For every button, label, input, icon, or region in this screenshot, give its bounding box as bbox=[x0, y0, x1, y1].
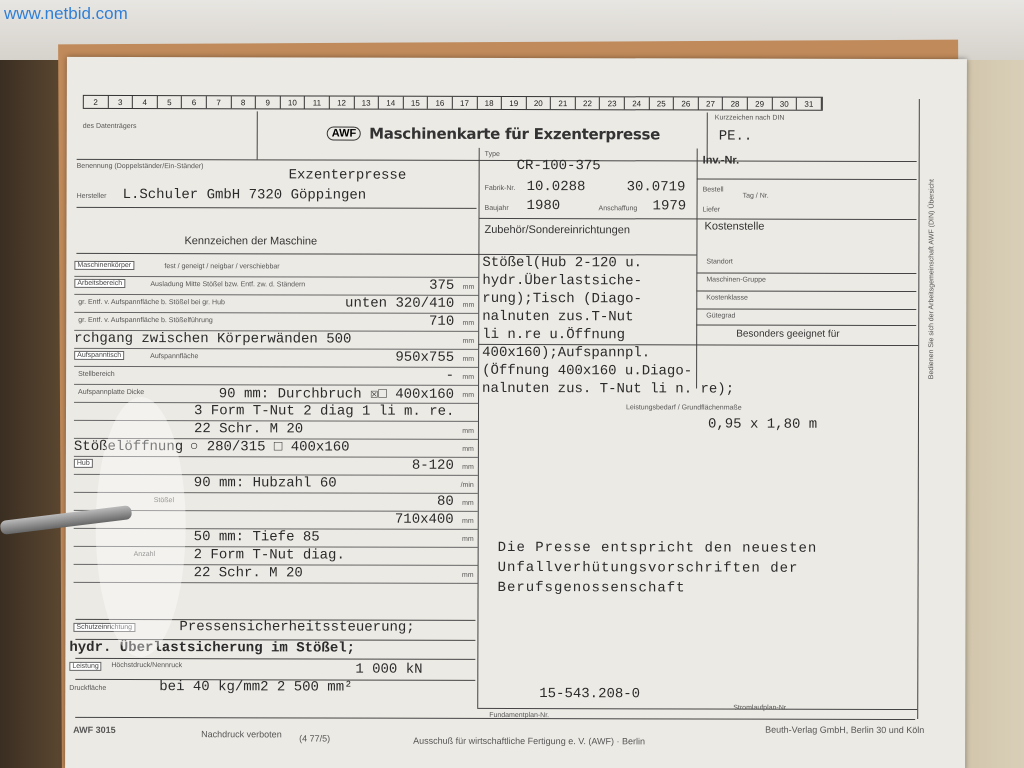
kennzeichen-header: Kennzeichen der Maschine bbox=[184, 235, 317, 247]
area-label: Druckfläche bbox=[69, 685, 106, 692]
short-code-label: Kurzzeichen nach DIN bbox=[715, 115, 785, 122]
spec-label: Arbeitsbereich bbox=[74, 279, 125, 288]
pressure-label: Leistung bbox=[69, 662, 101, 671]
spec-value: 90 mm: Hubzahl 60 bbox=[194, 475, 337, 491]
column-number: 28 bbox=[723, 98, 748, 110]
baujahr-label: Baujahr bbox=[485, 205, 509, 212]
spec-value: rchgang zwischen Körperwänden 500 bbox=[74, 331, 351, 348]
spec-label: Maschinenkörper bbox=[74, 261, 134, 270]
designation-value: Exzenterpresse bbox=[289, 167, 407, 183]
spec-value: 90 mm: Durchbruch ☒□ 400x160 bbox=[219, 385, 454, 403]
column-number: 12 bbox=[330, 97, 355, 109]
note-line: Die Presse entspricht den neuesten bbox=[498, 538, 818, 559]
spec-value: 80 bbox=[437, 494, 454, 510]
column-number: 6 bbox=[182, 96, 207, 108]
column-number: 26 bbox=[674, 97, 699, 109]
spec-sub: Aufspannfläche bbox=[150, 353, 198, 360]
zubehoer-line: 400x160);Aufspannpl. bbox=[482, 344, 734, 363]
column-number: 16 bbox=[428, 97, 453, 109]
spec-value: 375 bbox=[429, 278, 454, 294]
form-number: AWF 3015 bbox=[73, 725, 116, 735]
zubehoer-line: rung);Tisch (Diago- bbox=[482, 290, 734, 309]
card-title: Maschinenkarte für Exzenterpresse bbox=[369, 125, 660, 144]
card-header: AWF Maschinenkarte für Exzenterpresse bbox=[327, 125, 660, 144]
anschaffung-value: 1979 bbox=[653, 198, 687, 214]
manufacturer-label: Hersteller bbox=[77, 193, 107, 200]
spec-row: gr. Entf. v. Aufspannfläche b. Stößelfüh… bbox=[74, 313, 478, 332]
spec-unit: mm bbox=[462, 464, 474, 471]
spec-value: 22 Schr. M 20 bbox=[194, 421, 303, 437]
column-number: 4 bbox=[133, 96, 158, 108]
awf-logo: AWF bbox=[327, 127, 361, 141]
kostenstelle-label: Kostenstelle bbox=[704, 220, 764, 232]
paper-stain bbox=[95, 397, 186, 657]
designation-label: Benennung (Doppelständer/Ein-Ständer) bbox=[77, 163, 204, 170]
column-number: 21 bbox=[551, 97, 576, 109]
column-number: 15 bbox=[404, 97, 429, 109]
short-code-value: PE.. bbox=[719, 129, 753, 145]
zubehoer-line: nalnuten zus.T-Nut bbox=[482, 308, 734, 327]
spec-value: 3 Form T-Nut 2 diag 1 li m. re. bbox=[194, 403, 454, 420]
spec-value: 2 Form T-Nut diag. bbox=[194, 547, 345, 563]
spec-value: unten 320/410 bbox=[345, 296, 454, 312]
zubehoer-line: li n.re u.Öffnung bbox=[482, 326, 734, 345]
spec-sub: gr. Entf. v. Aufspannfläche b. Stößel be… bbox=[78, 299, 225, 306]
fabrik-value-2: 30.0719 bbox=[627, 179, 686, 195]
baujahr-value: 1980 bbox=[527, 198, 561, 214]
column-number: 27 bbox=[699, 97, 724, 109]
column-number: 8 bbox=[231, 96, 256, 108]
spec-value: 950x755 bbox=[395, 350, 454, 366]
spec-sub: fest / geneigt / neigbar / verschiebbar bbox=[164, 263, 279, 270]
spec-unit: mm bbox=[462, 374, 474, 381]
spec-sub: Ausladung Mitte Stößel bzw. Entf. zw. d.… bbox=[150, 281, 305, 288]
zubehoer-line: nalnuten zus. T-Nut li n. re); bbox=[482, 380, 734, 399]
watermark: www.netbid.com bbox=[4, 4, 128, 24]
manufacturer-value: L.Schuler GmbH 7320 Göppingen bbox=[123, 187, 367, 204]
column-number: 30 bbox=[772, 98, 797, 110]
spec-value: 710x400 bbox=[395, 512, 454, 528]
spec-value: 8-120 bbox=[412, 458, 454, 474]
spec-sub: Stellbereich bbox=[78, 371, 115, 378]
carrier-label: des Datenträgers bbox=[83, 123, 137, 130]
type-value: CR-100-375 bbox=[517, 158, 601, 174]
inv-label: Inv.-Nr. bbox=[703, 154, 740, 166]
spec-sub: Aufspannplatte Dicke bbox=[78, 389, 144, 396]
spec-unit: mm bbox=[462, 446, 474, 453]
pressure-value: 1 000 kN bbox=[355, 662, 422, 678]
spec-unit: mm bbox=[462, 428, 474, 435]
spec-unit: mm bbox=[463, 284, 475, 291]
liefer-label: Liefer bbox=[703, 206, 721, 213]
column-number: 31 bbox=[797, 98, 822, 110]
column-number: 17 bbox=[453, 97, 478, 109]
area-value: bei 40 kg/mm2 2 500 mm² bbox=[159, 679, 352, 696]
column-number: 24 bbox=[625, 97, 650, 109]
spec-value: 22 Schr. M 20 bbox=[194, 565, 303, 581]
zubehoer-line: Stößel(Hub 2-120 u. bbox=[482, 254, 734, 273]
note-line: Unfallverhütungsvorschriften der bbox=[498, 558, 818, 579]
column-number: 22 bbox=[576, 97, 601, 109]
spec-unit: mm bbox=[463, 338, 475, 345]
column-number: 7 bbox=[207, 96, 232, 108]
column-number: 10 bbox=[281, 96, 306, 108]
pressure-sub: Höchstdruck/Nennruck bbox=[111, 662, 182, 669]
column-number: 14 bbox=[379, 97, 404, 109]
spec-label: Aufspanntisch bbox=[74, 351, 124, 360]
stromlauf-label: Stromlaufplan-Nr. bbox=[733, 705, 787, 712]
spec-unit: mm bbox=[462, 572, 474, 579]
bestell-label: Bestell bbox=[703, 186, 724, 193]
spec-unit: mm bbox=[463, 302, 475, 309]
zubehoer-line: (Öffnung 400x160 u.Diago- bbox=[482, 362, 734, 381]
besonders-label: Besonders geeignet für bbox=[736, 329, 839, 340]
spec-row: gr. Entf. v. Aufspannfläche b. Stößel be… bbox=[74, 295, 478, 314]
overload-value: hydr. Überlastsicherung im Stößel; bbox=[69, 640, 355, 657]
spec-row: Arbeitsbereich Ausladung Mitte Stößel bz… bbox=[74, 277, 478, 296]
spec-unit: mm bbox=[462, 356, 474, 363]
spec-unit: mm bbox=[462, 500, 474, 507]
spec-value: ○ 280/315 □ 400x160 bbox=[190, 439, 350, 455]
spec-row: Maschinenkörper fest / geneigt / neigbar… bbox=[74, 259, 478, 278]
spec-sub: gr. Entf. v. Aufspannfläche b. Stößelfüh… bbox=[78, 317, 213, 324]
column-number-strip: 2 3 4 5 6 7 8 9 10 11 12 13 14 15 16 17 … bbox=[83, 95, 823, 111]
machine-card: 2 3 4 5 6 7 8 9 10 11 12 13 14 15 16 17 … bbox=[65, 57, 967, 768]
column-number: 11 bbox=[305, 96, 330, 108]
zubehoer-text: Stößel(Hub 2-120 u. hydr.Überlastsiche- … bbox=[482, 254, 734, 399]
anschaffung-label: Anschaffung bbox=[599, 205, 638, 212]
type-label: Type bbox=[485, 151, 500, 158]
spec-unit: mm bbox=[462, 392, 474, 399]
spec-label: Hub bbox=[74, 459, 93, 468]
fabrik-value: 10.0288 bbox=[527, 179, 586, 195]
spec-row: Stellbereich - mm bbox=[74, 367, 478, 386]
spec-unit: mm bbox=[462, 518, 474, 525]
column-number: 3 bbox=[108, 96, 133, 108]
spec-row: Aufspanntisch Aufspannfläche 950x755 mm bbox=[74, 349, 478, 368]
column-number: 18 bbox=[477, 97, 502, 109]
spec-value: 50 mm: Tiefe 85 bbox=[194, 529, 320, 545]
grundflaeche-label: Leistungsbedarf / Grundflächenmaße bbox=[626, 404, 742, 411]
footer-publisher: Ausschuß für wirtschaftliche Fertigung e… bbox=[413, 736, 645, 747]
reprint-note: Nachdruck verboten bbox=[201, 729, 282, 739]
safety-note: Die Presse entspricht den neuesten Unfal… bbox=[498, 538, 818, 599]
spec-unit: mm bbox=[462, 536, 474, 543]
safety-value: Pressensicherheitssteuerung; bbox=[179, 619, 414, 636]
spec-unit: mm bbox=[463, 320, 475, 327]
grundflaeche-value: 0,95 x 1,80 m bbox=[708, 417, 817, 433]
spec-row: rchgang zwischen Körperwänden 500 mm bbox=[74, 331, 478, 350]
column-number: 20 bbox=[526, 97, 551, 109]
spec-value: - bbox=[446, 368, 454, 384]
form-date: (4 77/5) bbox=[299, 733, 330, 743]
column-number: 5 bbox=[158, 96, 183, 108]
zubehoer-line: hydr.Überlastsiche- bbox=[482, 272, 734, 291]
zubehoer-header: Zubehör/Sondereinrichtungen bbox=[484, 224, 630, 236]
column-number: 19 bbox=[502, 97, 527, 109]
spec-unit: /min bbox=[461, 482, 474, 489]
column-number: 9 bbox=[256, 96, 281, 108]
column-number: 23 bbox=[600, 97, 625, 109]
column-number: 29 bbox=[748, 98, 773, 110]
tag-label: Tag / Nr. bbox=[743, 193, 769, 200]
column-number: 2 bbox=[84, 96, 109, 108]
footer-printer: Beuth-Verlag GmbH, Berlin 30 und Köln bbox=[765, 725, 924, 735]
column-number: 13 bbox=[354, 97, 379, 109]
fundament-value: 15-543.208-0 bbox=[539, 686, 640, 702]
side-text: Bedienen Sie sich der Arbeitsgemeinschaf… bbox=[928, 179, 936, 379]
note-line: Berufsgenossenschaft bbox=[498, 578, 818, 599]
spec-value: 710 bbox=[429, 314, 454, 330]
column-number: 25 bbox=[649, 97, 674, 109]
fabrik-label: Fabrik-Nr. bbox=[485, 185, 516, 192]
